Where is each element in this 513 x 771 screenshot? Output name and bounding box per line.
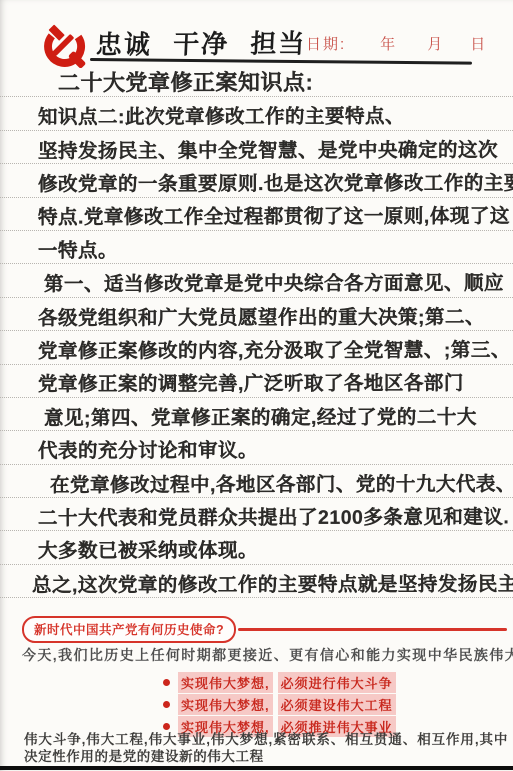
date-day-label: 日 bbox=[470, 33, 487, 54]
badge-rule-line bbox=[238, 628, 507, 631]
note-line-text: 党章修正案修改的内容,充分汲取了全党智慧、;第三、 bbox=[38, 340, 511, 362]
note-line: 在党章修改过程中,各地区各部门、党的十九大代表、 bbox=[0, 465, 513, 498]
note-line-text: 二十大党章修正案知识点: bbox=[58, 71, 313, 95]
note-line-text: 知识点二:此次党章修改工作的主要特点、 bbox=[38, 107, 405, 128]
note-line: 各级党组织和广大党员愿望作出的重大决策;第二、 bbox=[0, 298, 513, 331]
note-line: 修改党章的一条重要原则.也是这次党章修改工作的主要 bbox=[0, 164, 513, 197]
handwritten-notes: 二十大党章修正案知识点:知识点二:此次党章修改工作的主要特点、坚持发扬民主、集中… bbox=[0, 64, 513, 598]
note-line: 党章修正案的调整完善,广泛听取了各地区各部门 bbox=[0, 365, 513, 398]
bullet-list: 实现伟大梦想,必须进行伟大斗争实现伟大梦想,必须建设伟大工程实现伟大梦想,必须推… bbox=[163, 671, 396, 737]
bullet-rest-text: 必须进行伟大斗争 bbox=[278, 672, 396, 693]
page-motto: 忠诚 干净 担当 bbox=[95, 23, 307, 61]
bullet-dot-icon bbox=[163, 701, 170, 708]
date-month-label: 月 bbox=[427, 33, 444, 54]
note-line-text: 大多数已被采纳或体现。 bbox=[38, 541, 258, 562]
question-badge: 新时代中国共产党有何历史使命? bbox=[22, 616, 236, 643]
note-line: 二十大党章修正案知识点: bbox=[0, 64, 513, 97]
date-year-label: 年 bbox=[380, 33, 397, 54]
note-line: 总之,这次党章的修改工作的主要特点就是坚持发扬民主、 bbox=[0, 565, 513, 598]
note-line: 党章修正案修改的内容,充分汲取了全党智慧、;第三、 bbox=[0, 331, 513, 364]
note-line: 一特点。 bbox=[0, 231, 513, 264]
note-line-text: 第一、适当修改党章是党中央综合各方面意见、顺应 bbox=[44, 274, 504, 296]
note-line: 坚持发扬民主、集中全党智慧、是党中央确定的这次 bbox=[0, 131, 513, 164]
scanned-notebook-page: 忠诚 干净 担当 日期: 年 月 日 二十大党章修正案知识点:知识点二:此次党章… bbox=[0, 0, 513, 771]
note-line-text: 二十大代表和党员群众共提出了2100多条意见和建议. bbox=[38, 507, 509, 529]
note-line: 意见;第四、党章修正案的确定,经过了党的二十大 bbox=[0, 398, 513, 431]
note-line: 第一、适当修改党章是党中央综合各方面意见、顺应 bbox=[0, 264, 513, 297]
date-label: 日期: bbox=[306, 33, 346, 54]
date-row: 日期: 年 月 日 bbox=[306, 33, 487, 54]
note-line: 大多数已被采纳或体现。 bbox=[0, 531, 513, 564]
bullet-rest-text: 必须建设伟大工程 bbox=[278, 694, 396, 715]
summary-paragraph: 伟大斗争,伟大工程,伟大事业,伟大梦想,紧密联系、相互贯通、相互作用,其中决定性… bbox=[24, 731, 508, 765]
note-line-text: 特点.党章修改工作全过程都贯彻了这一原则,体现了这 bbox=[38, 207, 510, 229]
bottom-rule bbox=[0, 766, 513, 770]
bullet-item: 实现伟大梦想,必须进行伟大斗争 bbox=[163, 671, 396, 693]
note-line-text: 总之,这次党章的修改工作的主要特点就是坚持发扬民主、 bbox=[32, 574, 513, 596]
bullet-item: 实现伟大梦想,必须建设伟大工程 bbox=[163, 693, 396, 715]
note-line: 特点.党章修改工作全过程都贯彻了这一原则,体现了这 bbox=[0, 198, 513, 231]
party-emblem-icon bbox=[42, 22, 90, 68]
note-line-text: 意见;第四、党章修正案的确定,经过了党的二十大 bbox=[44, 407, 477, 429]
note-line: 二十大代表和党员群众共提出了2100多条意见和建议. bbox=[0, 498, 513, 531]
note-line-text: 代表的充分讨论和审议。 bbox=[38, 441, 258, 462]
note-line: 知识点二:此次党章修改工作的主要特点、 bbox=[0, 97, 513, 130]
bullet-lead-text: 实现伟大梦想, bbox=[178, 672, 273, 693]
note-line-text: 修改党章的一条重要原则.也是这次党章修改工作的主要 bbox=[38, 173, 513, 195]
bullet-lead-text: 实现伟大梦想, bbox=[178, 694, 273, 715]
note-line: 代表的充分讨论和审议。 bbox=[0, 431, 513, 464]
note-line-text: 各级党组织和广大党员愿望作出的重大决策;第二、 bbox=[38, 307, 485, 329]
intro-paragraph: 今天,我们比历史上任何时期都更接近、更有信心和能力实现中华民族伟大复兴的目标 bbox=[22, 645, 513, 665]
note-line-text: 在党章修改过程中,各地区各部门、党的十九大代表、 bbox=[50, 474, 513, 496]
question-badge-row: 新时代中国共产党有何历史使命? bbox=[0, 616, 513, 643]
note-line-text: 一特点。 bbox=[38, 241, 118, 262]
note-line-text: 党章修正案的调整完善,广泛听取了各地区各部门 bbox=[38, 374, 464, 396]
note-line-text: 坚持发扬民主、集中全党智慧、是党中央确定的这次 bbox=[38, 140, 498, 162]
bullet-dot-icon bbox=[163, 679, 170, 686]
bullet-dot-icon bbox=[163, 723, 170, 730]
